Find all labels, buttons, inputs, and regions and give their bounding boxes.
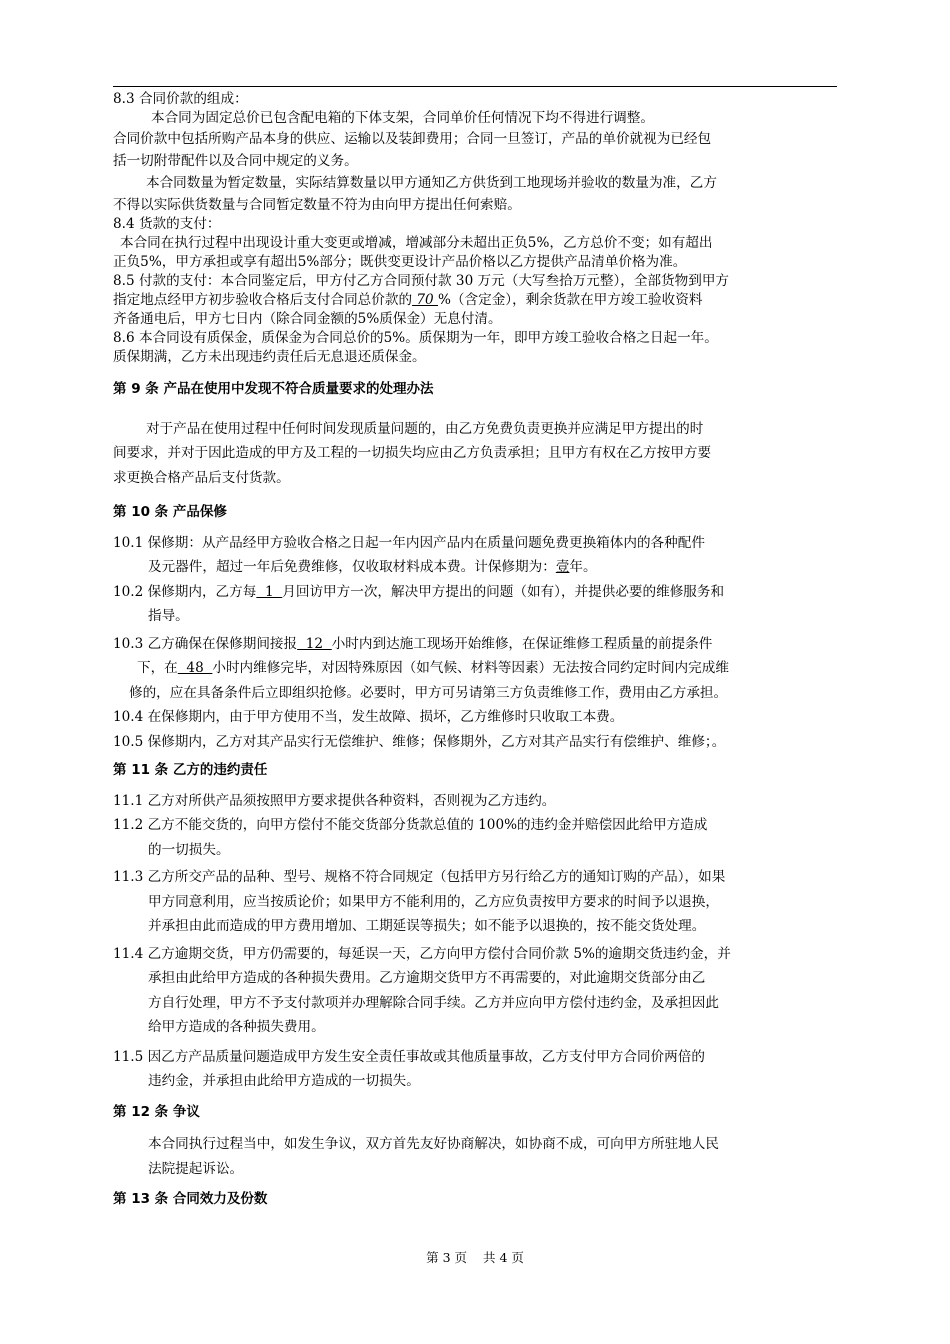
clause-10-3-text-pre: 下，在 bbox=[137, 660, 178, 676]
clause-8-4-text: 本合同在执行过程中出现设计重大变更或增减，增减部分未超出正负5%，乙方总价不变；… bbox=[113, 234, 839, 253]
clause-10-3-text: 10.3 乙方确保在保修期间接报 12 小时内到达施工现场开始维修，在保证维修工… bbox=[113, 632, 839, 657]
clause-8-3-text: 合同价款中包括所购产品本身的供应、运输以及装卸费用；合同一旦签订，产品的单价就视… bbox=[113, 130, 839, 149]
article-12-heading: 第 12 条 争议 bbox=[113, 1102, 839, 1123]
clause-10-2-text: 指导。 bbox=[113, 604, 839, 629]
clause-10-3-text-post: 小时内维修完毕，对因特殊原因（如气候、材料等因素）无法按合同约定时间内完成维 bbox=[212, 660, 729, 676]
article-9-text: 对于产品在使用过程中任何时间发现质量问题的，由乙方免费负责更换并应满足甲方提出的… bbox=[113, 417, 839, 442]
clause-8-3-title: 8.3 合同价款的组成： bbox=[113, 90, 839, 109]
clause-10-2-text-post: 月回访甲方一次，解决甲方提出的问题（如有），并提供必要的维修服务和 bbox=[282, 584, 724, 600]
clause-8-3-text: 本合同数量为暂定数量，实际结算数量以甲方通知乙方供货到工地现场并验收的数量为准，… bbox=[113, 174, 839, 193]
page-footer: 第 3 页 共 4 页 bbox=[0, 1248, 950, 1266]
clause-8-3-text: 不得以实际供货数量与合同暂定数量不符为由向甲方提出任何索赔。 bbox=[113, 196, 839, 215]
page-total: 共 4 页 bbox=[483, 1250, 524, 1265]
clause-10-3-text: 下，在 48 小时内维修完毕，对因特殊原因（如气候、材料等因素）无法按合同约定时… bbox=[113, 656, 839, 681]
clause-11-2-text: 的一切损失。 bbox=[113, 838, 839, 863]
clause-10-3-text: 修的，应在具备条件后立即组织抢修。必要时，甲方可另请第三方负责维修工作，费用由乙… bbox=[113, 681, 839, 706]
document-body: 8.3 合同价款的组成： 本合同为固定总价已包含配电箱的下体支架，合同单价任何情… bbox=[113, 90, 839, 1210]
header-rule bbox=[113, 86, 837, 87]
clause-11-4-text: 方自行处理，甲方不予支付款项并办理解除合同手续。乙方并应向甲方偿付违约金，及承担… bbox=[113, 991, 839, 1016]
clause-10-2-text: 10.2 保修期内，乙方每 1 月回访甲方一次，解决甲方提出的问题（如有），并提… bbox=[113, 580, 839, 605]
article-9-text: 间要求，并对于因此造成的甲方及工程的一切损失均应由乙方负责承担；且甲方有权在乙方… bbox=[113, 441, 839, 466]
document-page: 8.3 合同价款的组成： 本合同为固定总价已包含配电箱的下体支架，合同单价任何情… bbox=[0, 0, 950, 1344]
clause-10-1-text: 及元器件，超过一年后免费维修，仅收取材料成本费。计保修期为：壹年。 bbox=[113, 555, 839, 580]
clause-8-5-text-post: %（含定金），剩余货款在甲方竣工验收资料 bbox=[438, 292, 702, 308]
warranty-period-value: 壹 bbox=[556, 559, 570, 575]
article-12-text: 法院提起诉讼。 bbox=[113, 1157, 839, 1182]
clause-11-5-text: 11.5 因乙方产品质量问题造成甲方发生安全责任事故或其他质量事故，乙方支付甲方… bbox=[113, 1045, 839, 1070]
clause-8-5-text: 8.5 付款的支付：本合同鉴定后，甲方付乙方合同预付款 30 万元（大写叁拾万元… bbox=[113, 272, 839, 291]
clause-11-3-text: 并承担由此而造成的甲方费用增加、工期延误等损失；如不能予以退换的，按不能交货处理… bbox=[113, 914, 839, 939]
article-12-text: 本合同执行过程当中，如发生争议，双方首先友好协商解决，如协商不成，可向甲方所驻地… bbox=[113, 1132, 839, 1157]
article-13-heading: 第 13 条 合同效力及份数 bbox=[113, 1189, 839, 1210]
article-11-heading: 第 11 条 乙方的违约责任 bbox=[113, 760, 839, 781]
clause-10-1-text-pre: 及元器件，超过一年后免费维修，仅收取材料成本费。计保修期为： bbox=[148, 559, 556, 575]
repair-hours-value: 48 bbox=[178, 660, 213, 676]
clause-8-5-text-pre: 指定地点经甲方初步验收合格后支付合同总价款的 bbox=[113, 292, 412, 308]
clause-10-2-text-pre: 10.2 保修期内，乙方每 bbox=[113, 584, 256, 600]
clause-8-5-text: 指定地点经甲方初步验收合格后支付合同总价款的 70 %（含定金），剩余货款在甲方… bbox=[113, 291, 839, 310]
article-10-heading: 第 10 条 产品保修 bbox=[113, 502, 839, 523]
clause-10-5-text: 10.5 保修期内，乙方对其产品实行无偿维护、维修；保修期外，乙方对其产品实行有… bbox=[113, 730, 839, 755]
clause-10-1-text: 10.1 保修期：从产品经甲方验收合格之日起一年内因产品内在质量问题免费更换箱体… bbox=[113, 531, 839, 556]
page-number: 第 3 页 bbox=[426, 1250, 467, 1265]
clause-11-3-text: 11.3 乙方所交产品的品种、型号、规格不符合同规定（包括甲方另行给乙方的通知订… bbox=[113, 865, 839, 890]
clause-10-1-text-post: 年。 bbox=[569, 559, 596, 575]
clause-8-4-title: 8.4 货款的支付： bbox=[113, 215, 839, 234]
clause-10-3-text-post: 小时内到达施工现场开始维修，在保证维修工程质量的前提条件 bbox=[332, 636, 713, 652]
clause-8-6-text: 质保期满，乙方未出现违约责任后无息退还质保金。 bbox=[113, 348, 839, 367]
clause-8-6-text: 8.6 本合同设有质保金，质保金为合同总价的5%。质保期为一年，即甲方竣工验收合… bbox=[113, 329, 839, 348]
clause-11-4-text: 承担由此给甲方造成的各种损失费用。乙方逾期交货甲方不再需要的，对此逾期交货部分由… bbox=[113, 966, 839, 991]
payment-percent-value: 70 bbox=[412, 292, 438, 308]
clause-11-4-text: 11.4 乙方逾期交货，甲方仍需要的，每延误一天，乙方向甲方偿付合同价款 5%的… bbox=[113, 942, 839, 967]
visit-interval-value: 1 bbox=[256, 584, 282, 600]
clause-8-3-text: 本合同为固定总价已包含配电箱的下体支架，合同单价任何情况下均不得进行调整。 bbox=[113, 109, 839, 128]
clause-8-5-text: 齐备通电后，甲方七日内（除合同金额的5%质保金）无息付清。 bbox=[113, 310, 839, 329]
clause-11-5-text: 违约金，并承担由此给甲方造成的一切损失。 bbox=[113, 1069, 839, 1094]
article-9-text: 求更换合格产品后支付货款。 bbox=[113, 466, 839, 491]
clause-10-3-text-pre: 10.3 乙方确保在保修期间接报 bbox=[113, 636, 297, 652]
response-hours-value: 12 bbox=[297, 636, 332, 652]
clause-11-3-text: 甲方同意利用，应当按质论价；如果甲方不能利用的，乙方应负责按甲方要求的时间予以退… bbox=[113, 890, 839, 915]
clause-8-4-text: 正负5%，甲方承担或享有超出5%部分；既供变更设计产品价格以乙方提供产品清单价格… bbox=[113, 253, 839, 272]
clause-8-3-text: 括一切附带配件以及合同中规定的义务。 bbox=[113, 152, 839, 171]
clause-11-2-text: 11.2 乙方不能交货的，向甲方偿付不能交货部分货款总值的 100%的违约金并赔… bbox=[113, 813, 839, 838]
clause-10-4-text: 10.4 在保修期内，由于甲方使用不当，发生故障、损坏，乙方维修时只收取工本费。 bbox=[113, 705, 839, 730]
clause-11-1-text: 11.1 乙方对所供产品须按照甲方要求提供各种资料，否则视为乙方违约。 bbox=[113, 789, 839, 814]
article-9-heading: 第 9 条 产品在使用中发现不符合质量要求的处理办法 bbox=[113, 379, 839, 400]
clause-11-4-text: 给甲方造成的各种损失费用。 bbox=[113, 1015, 839, 1040]
